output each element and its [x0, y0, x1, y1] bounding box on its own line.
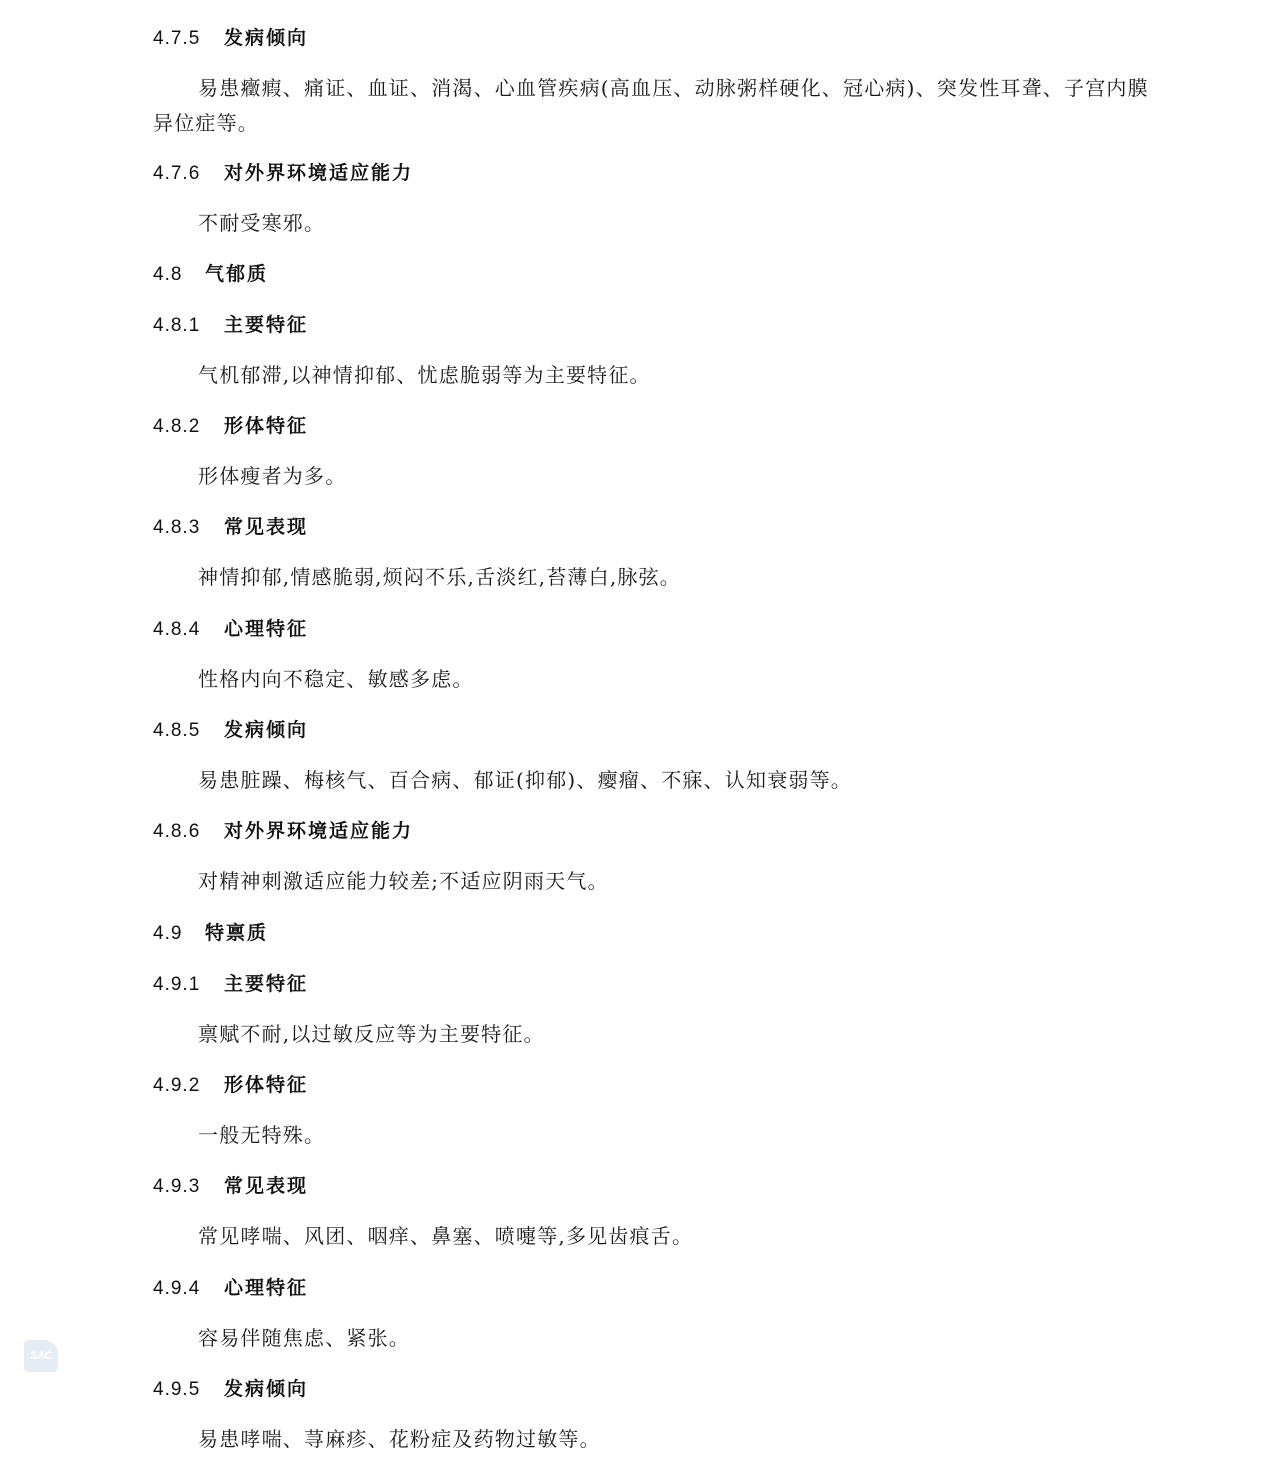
section-title: 形体特征: [224, 415, 308, 437]
section-title: 发病倾向: [224, 719, 308, 741]
section-title: 发病倾向: [224, 27, 308, 49]
section-title: 气郁质: [205, 263, 268, 285]
body-paragraph: 常见哮喘、风团、咽痒、鼻塞、喷嚏等,多见齿痕舌。: [153, 1219, 1153, 1254]
section-heading-4-8-4: 4.8.4心理特征: [153, 617, 308, 642]
body-paragraph: 神情抑郁,情感脆弱,烦闷不乐,舌淡红,苔薄白,脉弦。: [153, 560, 1153, 595]
body-paragraph: 一般无特殊。: [153, 1118, 1153, 1153]
section-title: 发病倾向: [224, 1378, 308, 1400]
section-heading-4-9-1: 4.9.1主要特征: [153, 972, 308, 997]
section-number: 4.7.6: [153, 162, 224, 186]
section-number: 4.8.5: [153, 719, 224, 743]
section-heading-4-7-5: 4.7.5发病倾向: [153, 26, 308, 51]
body-paragraph: 性格内向不稳定、敏感多虑。: [153, 662, 1153, 697]
section-heading-4-9: 4.9特禀质: [153, 921, 268, 946]
body-paragraph: 禀赋不耐,以过敏反应等为主要特征。: [153, 1017, 1153, 1052]
section-number: 4.9.2: [153, 1074, 224, 1098]
section-heading-4-9-4: 4.9.4心理特征: [153, 1276, 308, 1301]
section-number: 4.8.4: [153, 618, 224, 642]
section-title: 心理特征: [224, 1277, 308, 1299]
section-number: 4.8.3: [153, 516, 224, 540]
body-paragraph: 不耐受寒邪。: [153, 206, 1153, 241]
body-paragraph: 易患哮喘、荨麻疹、花粉症及药物过敏等。: [153, 1422, 1153, 1457]
section-title: 对外界环境适应能力: [224, 162, 413, 184]
section-number: 4.7.5: [153, 27, 224, 51]
section-heading-4-9-5: 4.9.5发病倾向: [153, 1377, 308, 1402]
section-number: 4.9.4: [153, 1277, 224, 1301]
section-heading-4-8-2: 4.8.2形体特征: [153, 414, 308, 439]
body-paragraph: 易患脏躁、梅核气、百合病、郁证(抑郁)、瘿瘤、不寐、认知衰弱等。: [153, 763, 1153, 798]
section-number: 4.9.5: [153, 1378, 224, 1402]
section-number: 4.8.1: [153, 314, 224, 338]
body-paragraph: 容易伴随焦虑、紧张。: [153, 1321, 1153, 1356]
section-title: 常见表现: [224, 516, 308, 538]
section-heading-4-8-3: 4.8.3常见表现: [153, 515, 308, 540]
section-heading-4-8: 4.8气郁质: [153, 262, 268, 287]
section-number: 4.8: [153, 263, 205, 287]
body-paragraph: 形体瘦者为多。: [153, 459, 1153, 494]
section-title: 常见表现: [224, 1175, 308, 1197]
section-title: 形体特征: [224, 1074, 308, 1096]
section-heading-4-9-3: 4.9.3常见表现: [153, 1174, 308, 1199]
section-heading-4-8-1: 4.8.1主要特征: [153, 313, 308, 338]
section-title: 特禀质: [205, 922, 268, 944]
section-heading-4-8-6: 4.8.6对外界环境适应能力: [153, 819, 413, 844]
section-number: 4.8.2: [153, 415, 224, 439]
section-title: 主要特征: [224, 973, 308, 995]
section-number: 4.9.1: [153, 973, 224, 997]
sac-watermark-logo: SAC: [24, 1340, 58, 1372]
body-paragraph: 对精神刺激适应能力较差;不适应阴雨天气。: [153, 864, 1153, 899]
section-title: 心理特征: [224, 618, 308, 640]
body-paragraph: 气机郁滞,以神情抑郁、忧虑脆弱等为主要特征。: [153, 358, 1153, 393]
section-heading-4-8-5: 4.8.5发病倾向: [153, 718, 308, 743]
section-heading-4-9-2: 4.9.2形体特征: [153, 1073, 308, 1098]
section-title: 主要特征: [224, 314, 308, 336]
section-number: 4.9.3: [153, 1175, 224, 1199]
section-number: 4.9: [153, 922, 205, 946]
section-title: 对外界环境适应能力: [224, 820, 413, 842]
section-number: 4.8.6: [153, 820, 224, 844]
body-paragraph: 易患癥瘕、痛证、血证、消渴、心血管疾病(高血压、动脉粥样硬化、冠心病)、突发性耳…: [153, 71, 1153, 141]
section-heading-4-7-6: 4.7.6对外界环境适应能力: [153, 161, 413, 186]
